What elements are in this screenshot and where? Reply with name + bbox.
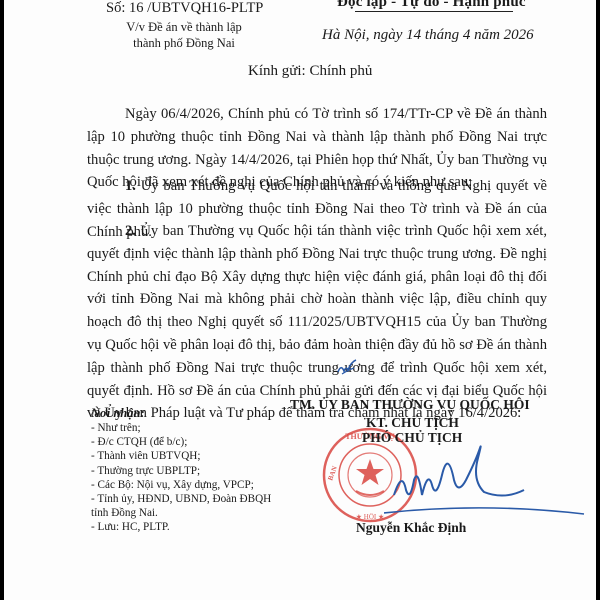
item-2-paragraph: 2. Ủy ban Thường vụ Quốc hội tán thành v…	[87, 220, 547, 425]
item-2-number: 2.	[125, 223, 136, 239]
signature-on-behalf: KT. CHỦ TỊCH	[366, 415, 459, 431]
recipient-item: - Thành viên UBTVQH;	[91, 449, 291, 463]
handwritten-signature-icon	[384, 440, 594, 520]
recipient-item: - Lưu: HC, PLTP.	[91, 520, 291, 534]
salutation: Kính gửi: Chính phủ	[248, 63, 372, 80]
recipient-item: - Các Bộ: Nội vụ, Xây dựng, VPCP;	[91, 478, 291, 492]
national-motto: Độc lập - Tự do - Hạnh phúc	[337, 0, 526, 11]
signature-organization: TM. ỦY BAN THƯỜNG VỤ QUỐC HỘI	[290, 397, 530, 413]
recipients-title: Nơi nhận:	[91, 405, 291, 421]
motto-underline	[355, 11, 513, 12]
subject-line-2: thành phố Đồng Nai	[116, 35, 252, 51]
recipient-item: - Như trên;	[91, 421, 291, 435]
svg-text:BAN: BAN	[326, 465, 339, 482]
item-1-number: 1.	[125, 178, 136, 194]
handwritten-initials-icon	[336, 358, 358, 378]
signer-name: Nguyễn Khắc Định	[356, 520, 466, 536]
recipient-item: - Thường trực UBPLTP;	[91, 464, 291, 478]
recipients-block: Nơi nhận: - Như trên; - Đ/c CTQH (để b/c…	[91, 405, 291, 535]
document-page: Độc lập - Tự do - Hạnh phúc Số: 16 /UBTV…	[4, 0, 596, 600]
recipient-item: - Đ/c CTQH (để b/c);	[91, 435, 291, 449]
subject-line-1: V/v Đề án về thành lập	[116, 19, 252, 35]
document-number: Số: 16 /UBTVQH16-PLTP	[106, 0, 263, 17]
item-2-text: Ủy ban Thường vụ Quốc hội tán thành việc…	[87, 223, 547, 421]
recipient-item: - Tỉnh ủy, HĐND, UBND, Đoàn ĐBQH tỉnh Đồ…	[91, 492, 291, 520]
document-subject: V/v Đề án về thành lập thành phố Đồng Na…	[116, 19, 252, 51]
place-date: Hà Nội, ngày 14 tháng 4 năm 2026	[322, 27, 534, 44]
